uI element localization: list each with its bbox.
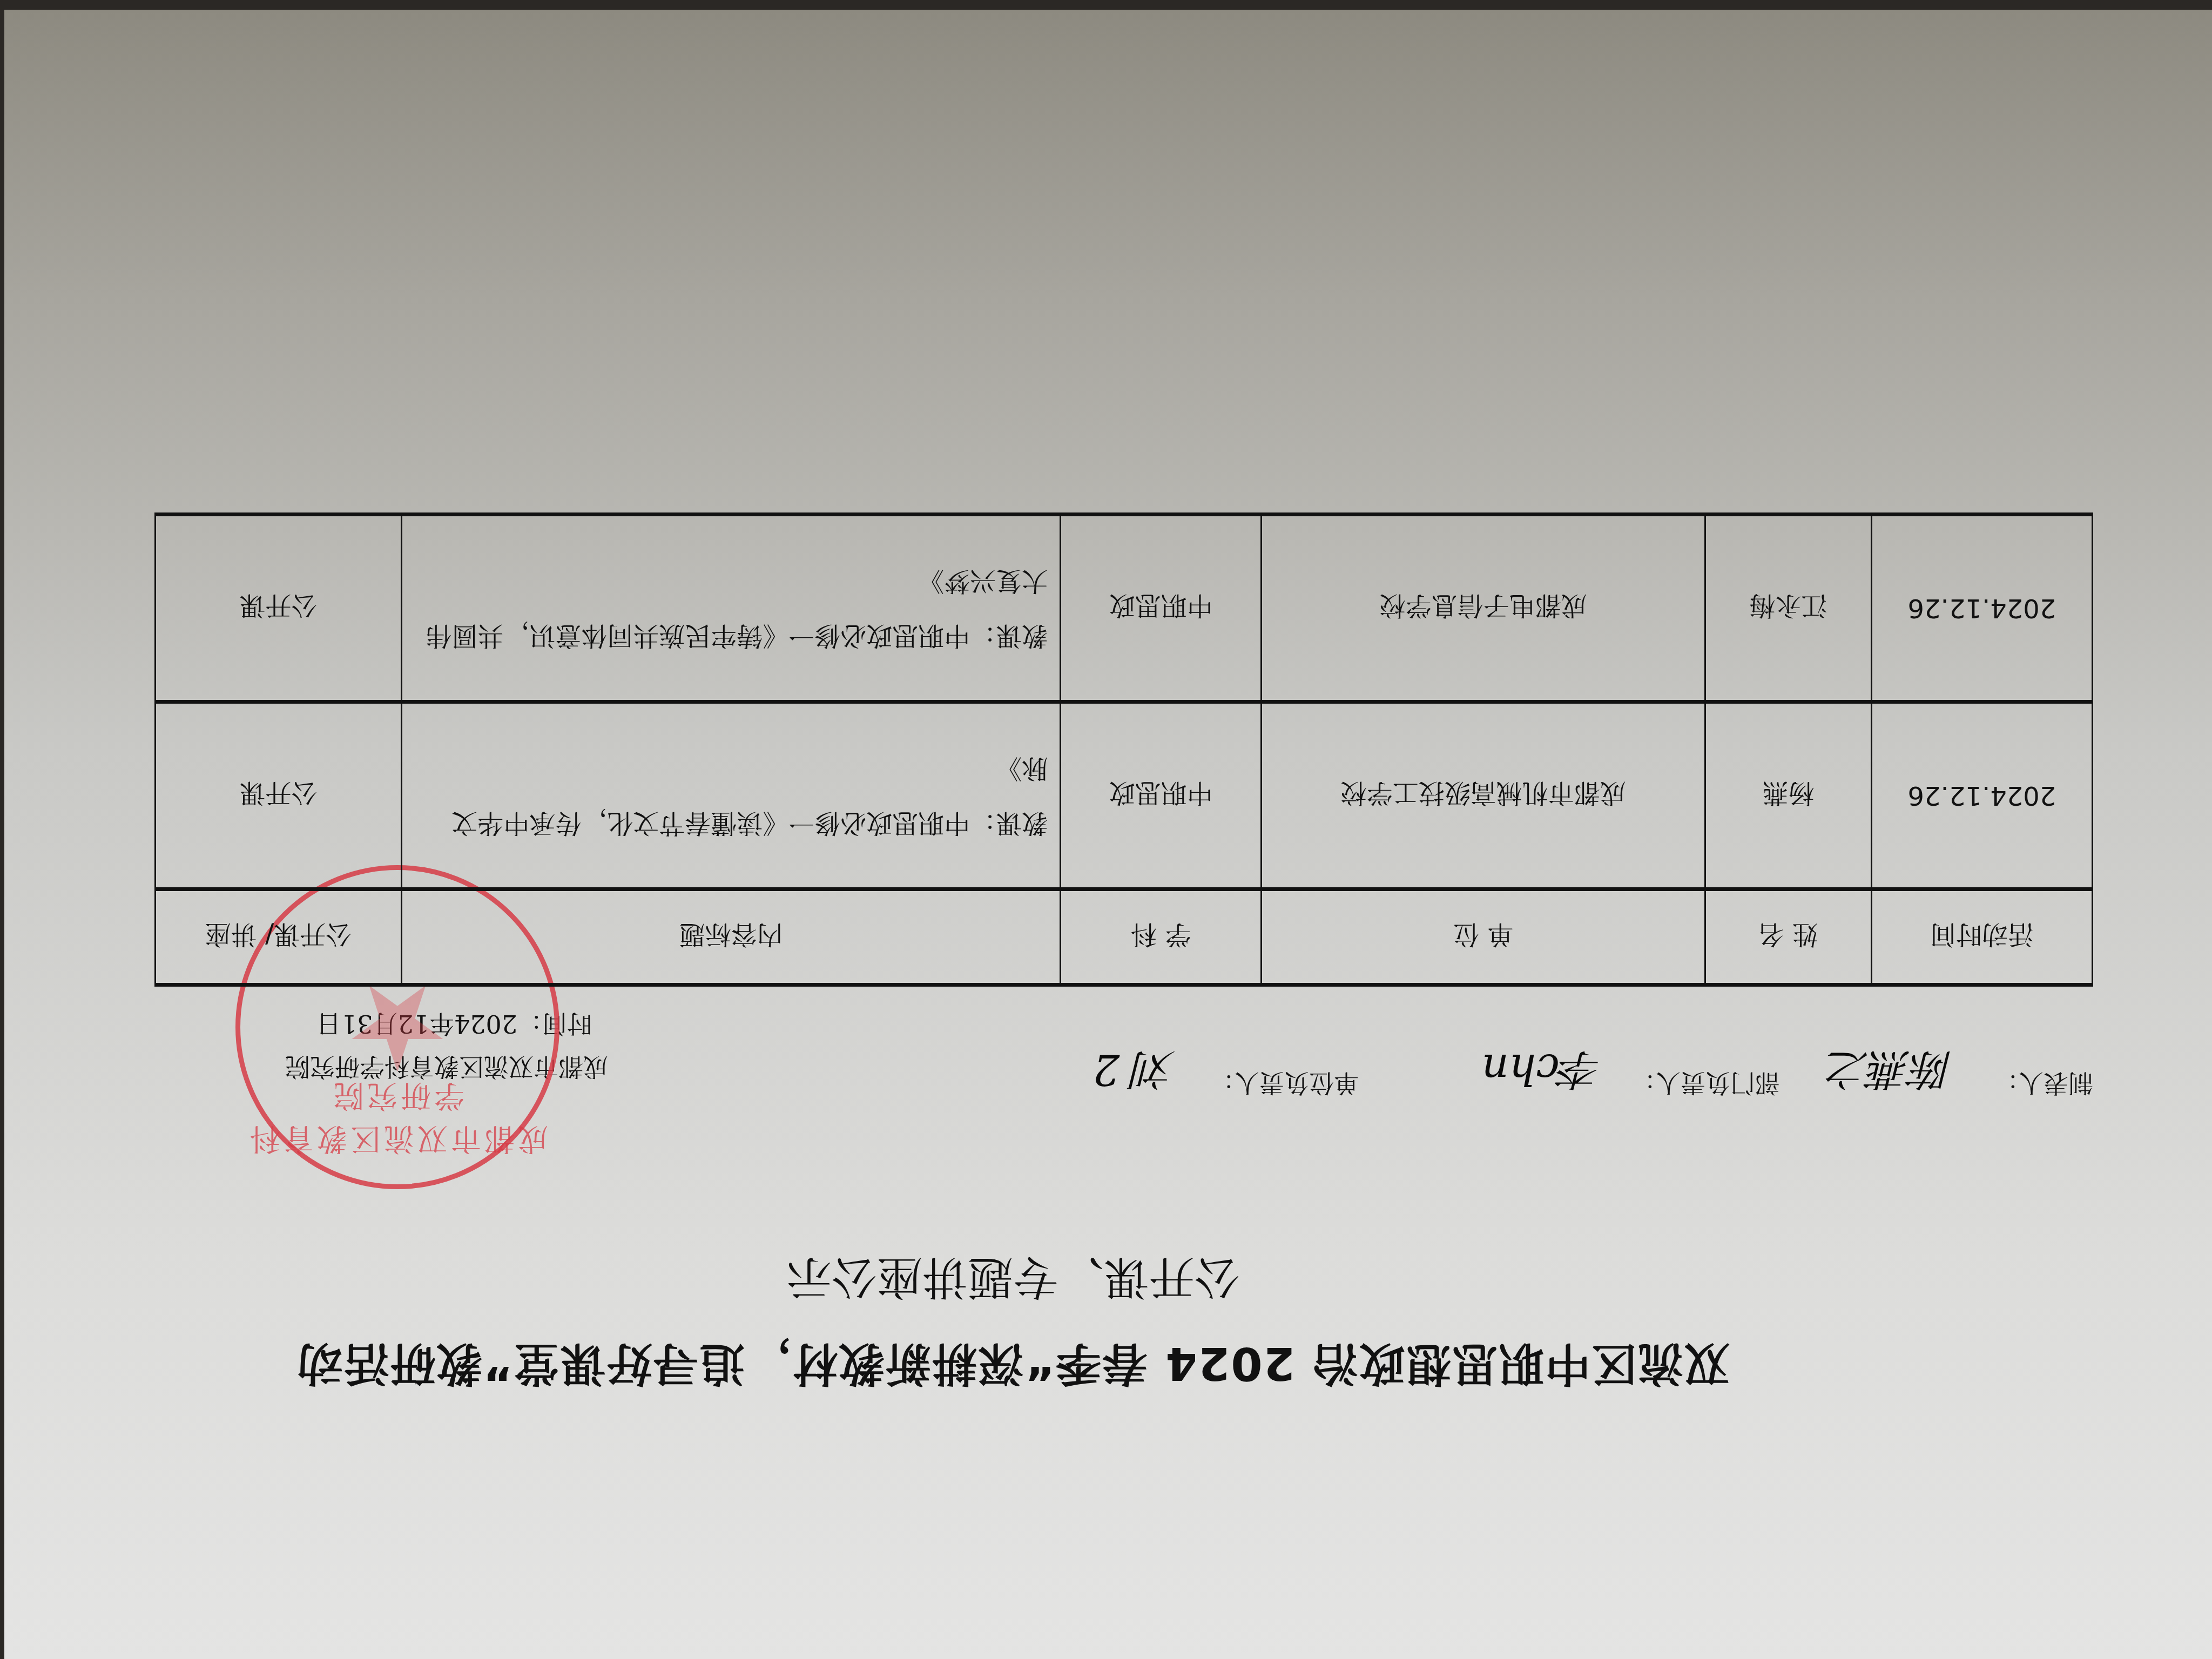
table-row: 2024.12.26 江永梅 成都电子信息学校 中职思政 教课：中职思政必修一《… <box>156 515 2093 702</box>
cell-type: 公开课 <box>156 702 402 889</box>
notice-document: 双流区中职思想政治 2024 春季“深耕新教材，追寻好课堂”教研活动 公开课、专… <box>0 0 2212 1659</box>
table-header-row: 活动时间 姓 名 单 位 学 科 内容标题 公开课/ 讲座 <box>156 889 2093 985</box>
cell-content-title: 教课：中职思政必修一《铸牢民族共同体意识，共圆伟大复兴梦》 <box>402 515 1061 702</box>
dept-head-label: 部门负责人： <box>1631 1067 1780 1103</box>
lesson-table: 活动时间 姓 名 单 位 学 科 内容标题 公开课/ 讲座 2024.12.26… <box>154 512 2093 987</box>
unit-head-label: 单位负责人： <box>1210 1067 1359 1103</box>
header-subject: 学 科 <box>1061 889 1262 985</box>
cell-unit: 成都电子信息学校 <box>1262 515 1705 702</box>
cell-unit: 成都市机械高级技工学校 <box>1262 702 1705 889</box>
dept-head-signature: 李chn <box>1482 1042 1602 1103</box>
table-row: 2024.12.26 杨燕 成都市机械高级技工学校 中职思政 教课：中职思政必修… <box>156 702 2093 889</box>
header-name: 姓 名 <box>1705 889 1872 985</box>
preparer-signature: 陈燕之 <box>1826 1042 1953 1103</box>
cell-type: 公开课 <box>156 515 402 702</box>
cell-subject: 中职思政 <box>1061 515 1262 702</box>
header-type: 公开课/ 讲座 <box>156 889 402 985</box>
cell-time: 2024.12.26 <box>1871 515 2092 702</box>
header-unit: 单 位 <box>1262 889 1705 985</box>
cell-time: 2024.12.26 <box>1871 702 2092 889</box>
cell-name: 杨燕 <box>1705 702 1872 889</box>
header-time: 活动时间 <box>1871 889 2092 985</box>
unit-head-signature: 刘 2 <box>1093 1042 1175 1103</box>
document-title: 双流区中职思想政治 2024 春季“深耕新教材，追寻好课堂”教研活动 <box>230 1334 1796 1400</box>
preparer-label: 制表人： <box>1994 1067 2093 1103</box>
cell-subject: 中职思政 <box>1061 702 1262 889</box>
document-subtitle: 公开课、专题讲座公示 <box>230 1248 1796 1313</box>
header-content-title: 内容标题 <box>402 889 1061 985</box>
cell-content-title: 教课：中职思政必修一《读懂春节文化，传承中华文脉》 <box>402 702 1061 889</box>
cell-name: 江永梅 <box>1705 515 1872 702</box>
